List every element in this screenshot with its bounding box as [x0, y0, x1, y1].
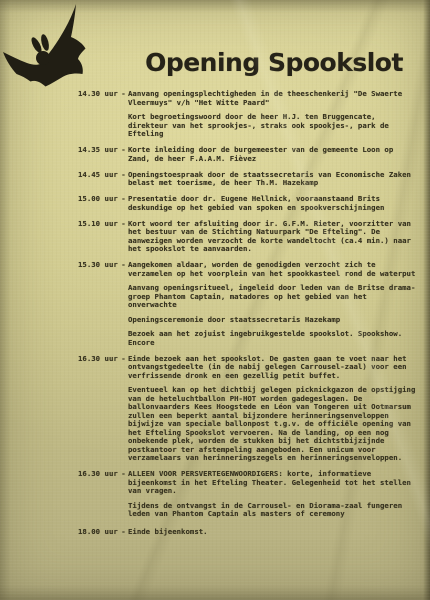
entry-paragraph: Korte inleiding door de burgemeester van…: [128, 146, 419, 163]
entry-paragraph: Bezoek aan het zojuist ingebruikgestelde…: [128, 330, 419, 347]
entry-paragraph: Einde bijeenkomst.: [128, 528, 419, 537]
entry-separator: -: [119, 171, 128, 188]
entry-separator: -: [119, 220, 128, 254]
entry-separator: -: [119, 470, 128, 519]
schedule-entry: 15.00 uur - Presentatie door dr. Eugene …: [0, 195, 430, 212]
entry-paragraph: Tijdens de ontvangst in de Carrousel- en…: [128, 502, 419, 519]
entry-paragraph: Einde bezoek aan het spookslot. De gaste…: [128, 355, 419, 381]
entry-time: 14.30 uur: [78, 90, 119, 139]
entry-separator: -: [119, 146, 128, 163]
schedule-entry: 15.10 uur - Kort woord ter afsluiting do…: [0, 220, 430, 254]
entry-paragraph: Aanvang openingsplechtigheden in de thee…: [128, 90, 419, 107]
entry-time: 16.30 uur: [78, 470, 119, 519]
entry-time: 15.00 uur: [78, 195, 119, 212]
schedule-entry: 16.30 uur - Einde bezoek aan het spooksl…: [0, 355, 430, 463]
entry-paragraph: Openingstoespraak door de staatssecretar…: [128, 171, 419, 188]
entry-separator: -: [119, 261, 128, 347]
schedule-list: 14.30 uur - Aanvang openingsplechtighede…: [0, 90, 430, 544]
entry-paragraph: Presentatie door dr. Eugene Hellnick, vo…: [128, 195, 419, 212]
entry-paragraph: Openingsceremonie door staatssecretaris …: [128, 316, 419, 325]
schedule-entry: 14.45 uur - Openingstoespraak door de st…: [0, 171, 430, 188]
entry-time: 14.35 uur: [78, 146, 119, 163]
entry-paragraph: Eventueel kan op het dichtbij gelegen pi…: [128, 386, 419, 463]
entry-separator: -: [119, 355, 128, 463]
entry-time: 14.45 uur: [78, 171, 119, 188]
entry-paragraph: Aangekomen aldaar, worden de genodigden …: [128, 261, 419, 278]
entry-time: 18.00 uur: [78, 528, 119, 537]
entry-paragraph: ALLEEN VOOR PERSVERTEGENWOORDIGERS: kort…: [128, 470, 419, 496]
bat-icon: [0, 0, 100, 100]
schedule-entry: 18.00 uur - Einde bijeenkomst.: [0, 528, 430, 537]
page-title: Opening Spookslot: [138, 48, 410, 77]
entry-paragraph: Kort woord ter afsluiting door ir. G.F.M…: [128, 220, 419, 254]
entry-paragraph: Kort begroetingswoord door de heer H.J. …: [128, 113, 419, 139]
schedule-entry: 15.30 uur - Aangekomen aldaar, worden de…: [0, 261, 430, 347]
entry-time: 15.10 uur: [78, 220, 119, 254]
entry-separator: -: [119, 528, 128, 537]
entry-separator: -: [119, 195, 128, 212]
schedule-entry: 14.30 uur - Aanvang openingsplechtighede…: [0, 90, 430, 139]
scanned-program-page: Opening Spookslot 14.30 uur - Aanvang op…: [0, 0, 430, 600]
entry-time: 15.30 uur: [78, 261, 119, 347]
entry-paragraph: Aanvang openingsritueel, ingeleid door l…: [128, 284, 419, 310]
entry-time: 16.30 uur: [78, 355, 119, 463]
schedule-entry: 14.35 uur - Korte inleiding door de burg…: [0, 146, 430, 163]
schedule-entry: 16.30 uur - ALLEEN VOOR PERSVERTEGENWOOR…: [0, 470, 430, 519]
entry-separator: -: [119, 90, 128, 139]
